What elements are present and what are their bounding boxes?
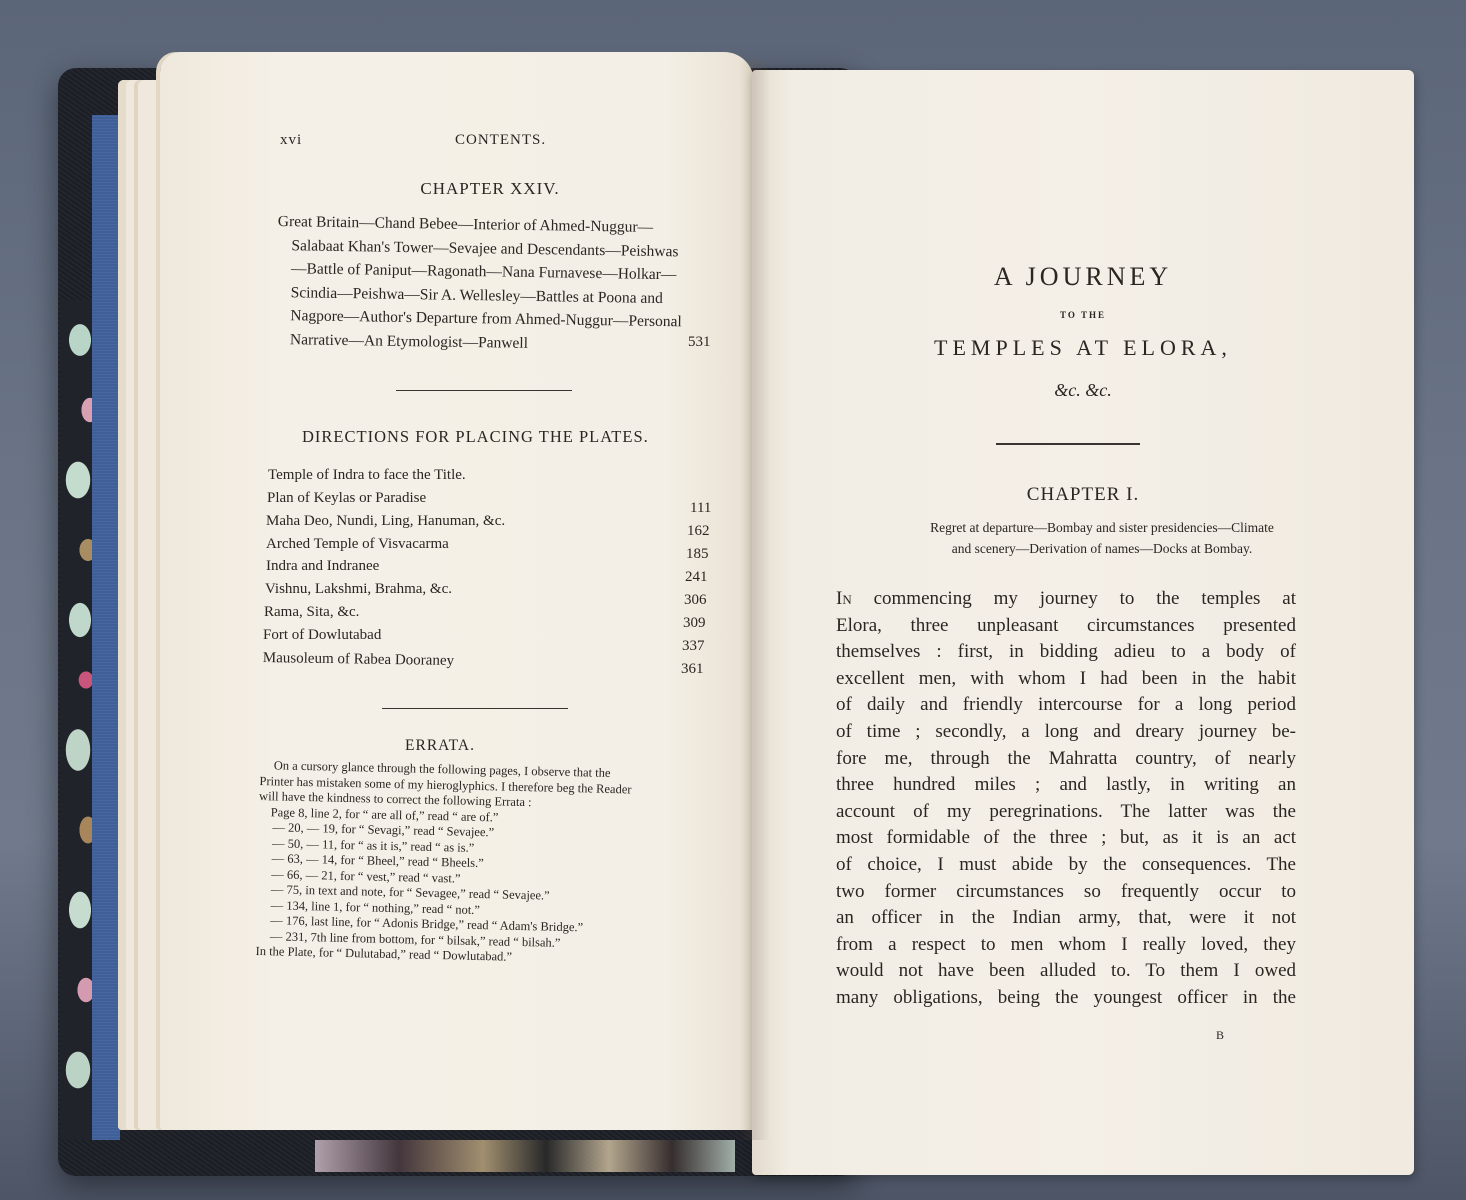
plate-title: Indra and Indranee [266,558,379,575]
plate-title: Arched Temple of Visvacarma [266,536,449,553]
page-number: xvi [280,132,302,149]
chapter-page-number: 531 [688,334,711,351]
plate-page: 309 [683,615,706,632]
text-line: many obligations, being the youngest off… [836,985,1296,1012]
plate-page: 337 [682,638,705,655]
text-line: from a respect to men whom I really love… [836,932,1296,959]
text-line: excellent men, with whom I had been in t… [836,666,1296,693]
plate-title: Rama, Sita, &c. [264,604,359,621]
plate-title: Temple of Indra to face the Title. [268,467,466,484]
divider [396,390,572,391]
text-line: three hundred miles ; and lastly, in wri… [836,772,1296,799]
plates-heading: DIRECTIONS FOR PLACING THE PLATES. [302,427,649,447]
text-line: In commencing my journey to the temples … [836,586,1296,613]
text-line: two former circumstances so frequently o… [836,879,1296,906]
book-subtitle: TEMPLES AT ELORA, [752,335,1414,361]
title-etc: &c. &c. [752,380,1414,401]
chapter-heading: CHAPTER I. [752,484,1414,506]
left-page: xvi CONTENTS. CHAPTER XXIV. Great Britai… [160,52,754,1130]
book-title: A JOURNEY [752,262,1414,292]
book-gutter [740,60,770,1140]
text-line: account of my peregrinations. The latter… [836,799,1296,826]
text-line: fore me, through the Mahratta country, o… [836,746,1296,773]
summary-line: and scenery—Derivation of names—Docks at… [832,538,1372,559]
text-line: would not have been alluded to. To them … [836,958,1296,985]
plate-title: Vishnu, Lakshmi, Brahma, &c. [265,581,452,598]
text-line: themselves : first, in bidding adieu to … [836,639,1296,666]
cloth-spine-strip [92,115,120,1140]
divider [996,443,1140,445]
text-line: Elora, three unpleasant circumstances pr… [836,613,1296,640]
chapter-heading: CHAPTER XXIV. [270,179,710,199]
plate-page: 111 [690,500,711,517]
body-text: In commencing my journey to the temples … [836,586,1296,1012]
divider [382,708,568,709]
right-page: A JOURNEY TO THE TEMPLES AT ELORA, &c. &… [752,70,1414,1175]
title-connector: TO THE [752,310,1414,320]
chapter-summary: Great Britain—Chand Bebee—Interior of Ah… [276,210,728,358]
text-line: of time ; secondly, a long and dreary jo… [836,719,1296,746]
drop-word: In [836,588,852,609]
plate-page: 185 [686,546,709,563]
text-line: of choice, I must abide by the consequen… [836,852,1296,879]
chapter-summary: Regret at departure—Bombay and sister pr… [832,517,1372,559]
text-line: of daily and friendly intercourse for a … [836,692,1296,719]
summary-line: Regret at departure—Bombay and sister pr… [832,517,1372,538]
plate-page: 306 [684,592,707,609]
plate-title: Mausoleum of Rabea Dooraney [263,650,454,670]
marbled-endpaper-bottom [315,1140,735,1172]
plate-page: 361 [681,661,704,678]
plate-title: Plan of Keylas or Paradise [267,490,426,507]
plate-title: Fort of Dowlutabad [263,627,381,644]
plate-title: Maha Deo, Nundi, Ling, Hanuman, &c. [266,513,505,530]
signature-mark: B [1216,1028,1224,1043]
running-head: CONTENTS. [455,132,546,149]
plate-page: 241 [685,569,708,586]
text-line: most formidable of the three ; but, as i… [836,825,1296,852]
errata-text: On a cursory glance through the followin… [255,758,709,970]
text-line: an officer in the Indian army, that, wer… [836,905,1296,932]
plate-page: 162 [687,523,710,540]
errata-heading: ERRATA. [340,737,540,755]
